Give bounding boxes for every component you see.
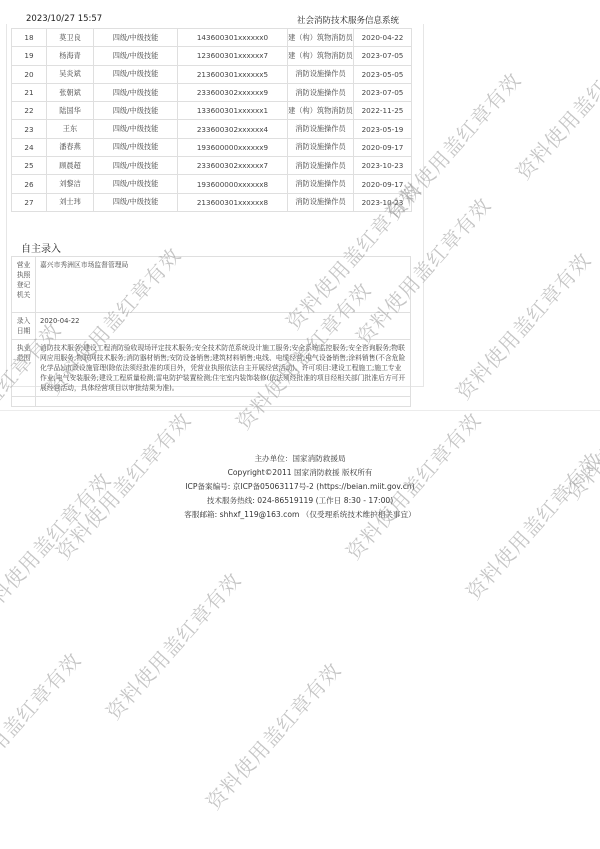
cell-name: 王东 — [47, 120, 94, 138]
cell-cert: 143600301xxxxxx0 — [178, 29, 288, 47]
cell-date: 2023-07-05 — [354, 83, 412, 101]
footer-hotline: 技术服务热线: 024-86519119 (工作日 8:30 - 17:00) — [0, 494, 600, 508]
cell-date: 2020-04-22 — [354, 29, 412, 47]
table-row: 23王东四级/中级技能233600302xxxxxx4消防设施操作员2023-0… — [12, 120, 412, 138]
field-value: 消防技术服务;建设工程消防验收现场评定技术服务;安全技术防范系统设计施工服务;安… — [36, 340, 411, 397]
cell-level: 四级/中级技能 — [94, 175, 178, 193]
divider — [0, 410, 600, 411]
cell-date: 2023-10-23 — [354, 157, 412, 175]
cell-level: 四级/中级技能 — [94, 193, 178, 211]
cell-cert: 133600301xxxxxx1 — [178, 102, 288, 120]
cell-no: 18 — [12, 29, 47, 47]
cell-date: 2023-10-23 — [354, 193, 412, 211]
cell-cert: 213600301xxxxxx8 — [178, 193, 288, 211]
self-entry-table: 营业执照登记机关 嘉兴市秀洲区市场监督管理局 录入日期 2020-04-22 执… — [11, 256, 411, 407]
cell-name: 莫卫良 — [47, 29, 94, 47]
table-row: 27刘士玮四级/中级技能213600301xxxxxx8消防设施操作员2023-… — [12, 193, 412, 211]
cell-date: 2020-09-17 — [354, 138, 412, 156]
watermark-text: 资料使用盖红章有效 — [0, 645, 86, 805]
field-value: 嘉兴市秀洲区市场监督管理局 — [36, 257, 411, 313]
table-row: 22陆国华四级/中级技能133600301xxxxxx1建（构）筑物消防员202… — [12, 102, 412, 120]
footer-copyright: Copyright©2011 国家消防救援 版权所有 — [0, 466, 600, 480]
field-label: 执业范围 — [12, 340, 36, 397]
cell-name: 陆国华 — [47, 102, 94, 120]
cell-no: 23 — [12, 120, 47, 138]
watermark-text: 资料使用盖红章有效 — [508, 25, 600, 185]
cell-role: 消防设施操作员 — [288, 157, 354, 175]
table-row: 21张朝斌四级/中级技能233600302xxxxxx9消防设施操作员2023-… — [12, 83, 412, 101]
cell-no: 21 — [12, 83, 47, 101]
cell-date: 2023-07-05 — [354, 47, 412, 65]
cell-level: 四级/中级技能 — [94, 157, 178, 175]
cell-cert: 213600301xxxxxx5 — [178, 65, 288, 83]
cell-no: 26 — [12, 175, 47, 193]
cell-no: 27 — [12, 193, 47, 211]
print-datetime: 2023/10/27 15:57 — [26, 14, 102, 24]
field-row-business-scope: 执业范围 消防技术服务;建设工程消防验收现场评定技术服务;安全技术防范系统设计施… — [12, 340, 411, 397]
cell-level: 四级/中级技能 — [94, 47, 178, 65]
table-row: 19杨海青四级/中级技能123600301xxxxxx7建（构）筑物消防员202… — [12, 47, 412, 65]
watermark-text: 资料使用盖红章有效 — [448, 245, 596, 405]
cell-no: 19 — [12, 47, 47, 65]
cell-cert: 233600302xxxxxx7 — [178, 157, 288, 175]
cell-no: 24 — [12, 138, 47, 156]
table-row: 24潘春燕四级/中级技能193600000xxxxxx9消防设施操作员2020-… — [12, 138, 412, 156]
cell-name: 刘黎洁 — [47, 175, 94, 193]
staff-table: 18莫卫良四级/中级技能143600301xxxxxx0建（构）筑物消防员202… — [11, 28, 412, 212]
cell-no: 20 — [12, 65, 47, 83]
section-title-self-entry: 自主录入 — [21, 240, 61, 255]
cell-date: 2022-11-25 — [354, 102, 412, 120]
cell-date: 2023-05-05 — [354, 65, 412, 83]
cell-level: 四级/中级技能 — [94, 102, 178, 120]
cell-name: 杨海青 — [47, 47, 94, 65]
cell-no: 25 — [12, 157, 47, 175]
cell-cert: 193600000xxxxxx9 — [178, 138, 288, 156]
site-footer: 主办单位：国家消防救援局 Copyright©2011 国家消防救援 版权所有 … — [0, 452, 600, 522]
cell-role: 建（构）筑物消防员 — [288, 47, 354, 65]
table-row: 25顾晨超四级/中级技能233600302xxxxxx7消防设施操作员2023-… — [12, 157, 412, 175]
cell-level: 四级/中级技能 — [94, 138, 178, 156]
cell-role: 建（构）筑物消防员 — [288, 102, 354, 120]
cell-name: 张朝斌 — [47, 83, 94, 101]
field-row-registration-authority: 营业执照登记机关 嘉兴市秀洲区市场监督管理局 — [12, 257, 411, 313]
field-value: 2020-04-22 — [36, 313, 411, 340]
table-row: 26刘黎洁四级/中级技能193600000xxxxxx8消防设施操作员2020-… — [12, 175, 412, 193]
field-label: 录入日期 — [12, 313, 36, 340]
cell-role: 消防设施操作员 — [288, 83, 354, 101]
table-row: 18莫卫良四级/中级技能143600301xxxxxx0建（构）筑物消防员202… — [12, 29, 412, 47]
cell-name: 刘士玮 — [47, 193, 94, 211]
cell-level: 四级/中级技能 — [94, 29, 178, 47]
cell-date: 2023-05-19 — [354, 120, 412, 138]
cell-name: 潘春燕 — [47, 138, 94, 156]
cell-date: 2020-09-17 — [354, 175, 412, 193]
cell-cert: 193600000xxxxxx8 — [178, 175, 288, 193]
cell-role: 消防设施操作员 — [288, 138, 354, 156]
footer-sponsor: 主办单位：国家消防救援局 — [0, 452, 600, 466]
cell-name: 吴炎斌 — [47, 65, 94, 83]
cell-cert: 123600301xxxxxx7 — [178, 47, 288, 65]
cell-name: 顾晨超 — [47, 157, 94, 175]
cell-role: 消防设施操作员 — [288, 193, 354, 211]
field-row-entry-date: 录入日期 2020-04-22 — [12, 313, 411, 340]
cell-role: 建（构）筑物消防员 — [288, 29, 354, 47]
cell-role: 消防设施操作员 — [288, 175, 354, 193]
footer-email[interactable]: 客服邮箱: shhxf_119@163.com （仅受理系统技术维护相关事宜） — [0, 508, 600, 522]
table-row: 20吴炎斌四级/中级技能213600301xxxxxx5消防设施操作员2023-… — [12, 65, 412, 83]
field-label: 营业执照登记机关 — [12, 257, 36, 313]
staff-table-container: 18莫卫良四级/中级技能143600301xxxxxx0建（构）筑物消防员202… — [11, 28, 411, 212]
cell-level: 四级/中级技能 — [94, 120, 178, 138]
cell-role: 消防设施操作员 — [288, 120, 354, 138]
cell-cert: 233600302xxxxxx9 — [178, 83, 288, 101]
empty-row — [12, 397, 411, 407]
cell-role: 消防设施操作员 — [288, 65, 354, 83]
cell-no: 22 — [12, 102, 47, 120]
watermark-text: 资料使用盖红章有效 — [98, 565, 246, 725]
footer-icp[interactable]: ICP备案编号: 京ICP备05063117号-2 (https://beian… — [0, 480, 600, 494]
cell-level: 四级/中级技能 — [94, 65, 178, 83]
watermark-text: 资料使用盖红章有效 — [198, 655, 346, 815]
cell-cert: 233600302xxxxxx4 — [178, 120, 288, 138]
cell-level: 四级/中级技能 — [94, 83, 178, 101]
